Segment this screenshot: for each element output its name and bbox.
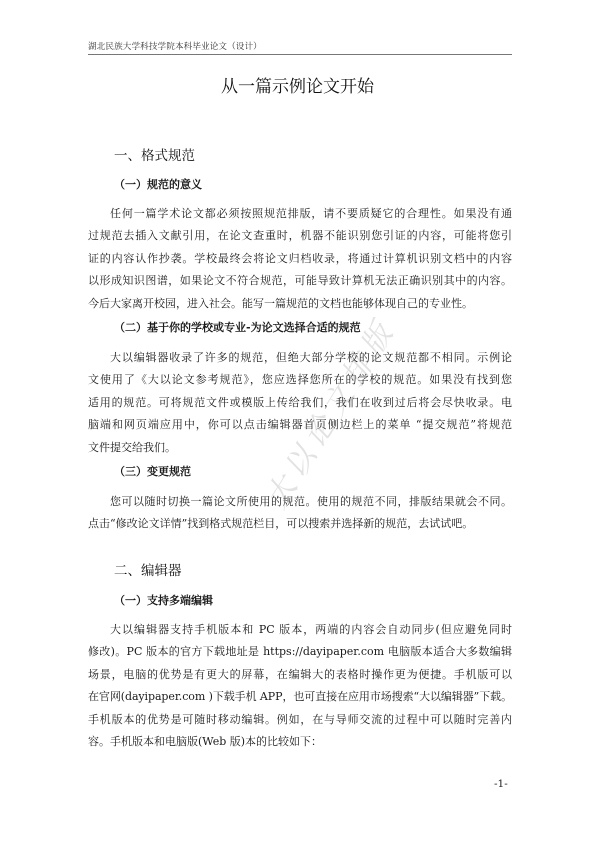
text-line: 您可以随时切换一篇论文所使用的规范。使用的规范不同，排版结果就会不同。: [88, 491, 512, 513]
document-page: 湖北民族大学科技学院本科毕业论文（设计） 从一篇示例论文开始 一、格式规范 （一…: [0, 0, 595, 842]
section-heading-2: 二、编辑器: [114, 562, 182, 580]
text-line: 大以编辑器支持手机版本和 PC 版本，两端的内容会自动同步(但应避免同时: [88, 619, 512, 641]
section-heading-1: 一、格式规范: [114, 147, 195, 165]
page-number: -1-: [494, 777, 508, 791]
text-line: 过规范去插入文献引用，在论文查重时，机器不能识别您引证的内容，可能将您引: [88, 225, 512, 247]
paragraph-1-2: 大以编辑器收录了许多的规范，但绝大部分学校的论文规范都不相同。示例论 文使用了《…: [88, 347, 512, 459]
paragraph-1-1: 任何一篇学术论文都必须按照规范排版，请不要质疑它的合理性。如果没有通 过规范去插…: [88, 203, 512, 315]
text-line: 场景，电脑的优势是有更大的屏幕，在编辑大的表格时操作更为便捷。手机版可以: [88, 664, 512, 686]
text-line: 文件提交给我们。: [88, 437, 512, 459]
paragraph-2-1: 大以编辑器支持手机版本和 PC 版本，两端的内容会自动同步(但应避免同时 修改)…: [88, 619, 512, 753]
text-line: 证的内容认作抄袭。学校最终会将论文归档收录，将通过计算机识别文档中的内容: [88, 248, 512, 270]
subsection-heading-2-1: （一）支持多端编辑: [114, 593, 213, 609]
subsection-heading-1-3: （三）变更规范: [114, 464, 191, 480]
text-line: 脑端和网页端应用中，你可以点击编辑器首页侧边栏上的菜单 “提交规范”将规范: [88, 414, 512, 436]
text-line: 容。手机版本和电脑版(Web 版)本的比较如下：: [88, 731, 512, 753]
text-line: 今后大家离开校园，进入社会。能写一篇规范的文档也能够体现自己的专业性。: [88, 293, 512, 315]
text-line: 任何一篇学术论文都必须按照规范排版，请不要质疑它的合理性。如果没有通: [88, 203, 512, 225]
text-line: 适用的规范。可将规范文件或模版上传给我们，我们在收到过后将会尽快收录。电: [88, 392, 512, 414]
text-line: 文使用了《大以论文参考规范》，您应选择您所在的学校的规范。如果没有找到您: [88, 369, 512, 391]
text-line: 在官网(dayipaper.com )下载手机 APP，也可直接在应用市场搜索“…: [88, 686, 512, 708]
text-line: 修改)。PC 版本的官方下载地址是 https://dayipaper.com …: [88, 641, 512, 663]
text-line: 手机版本的优势是可随时移动编辑。例如，在与导师交流的过程中可以随时完善内: [88, 709, 512, 731]
running-header: 湖北民族大学科技学院本科毕业论文（设计）: [88, 41, 512, 55]
document-title: 从一篇示例论文开始: [0, 76, 595, 98]
text-line: 点击“修改论文详情”找到格式规范栏目，可以搜索并选择新的规范，去试试吧。: [88, 513, 512, 535]
text-line: 大以编辑器收录了许多的规范，但绝大部分学校的论文规范都不相同。示例论: [88, 347, 512, 369]
subsection-heading-1-2: （二）基于你的学校或专业-为论文选择合适的规范: [114, 320, 361, 336]
text-line: 以形成知识图谱，如果论文不符合规范，可能导致计算机无法正确识别其中的内容。: [88, 270, 512, 292]
paragraph-1-3: 您可以随时切换一篇论文所使用的规范。使用的规范不同，排版结果就会不同。 点击“修…: [88, 491, 512, 536]
subsection-heading-1-1: （一）规范的意义: [114, 177, 202, 193]
